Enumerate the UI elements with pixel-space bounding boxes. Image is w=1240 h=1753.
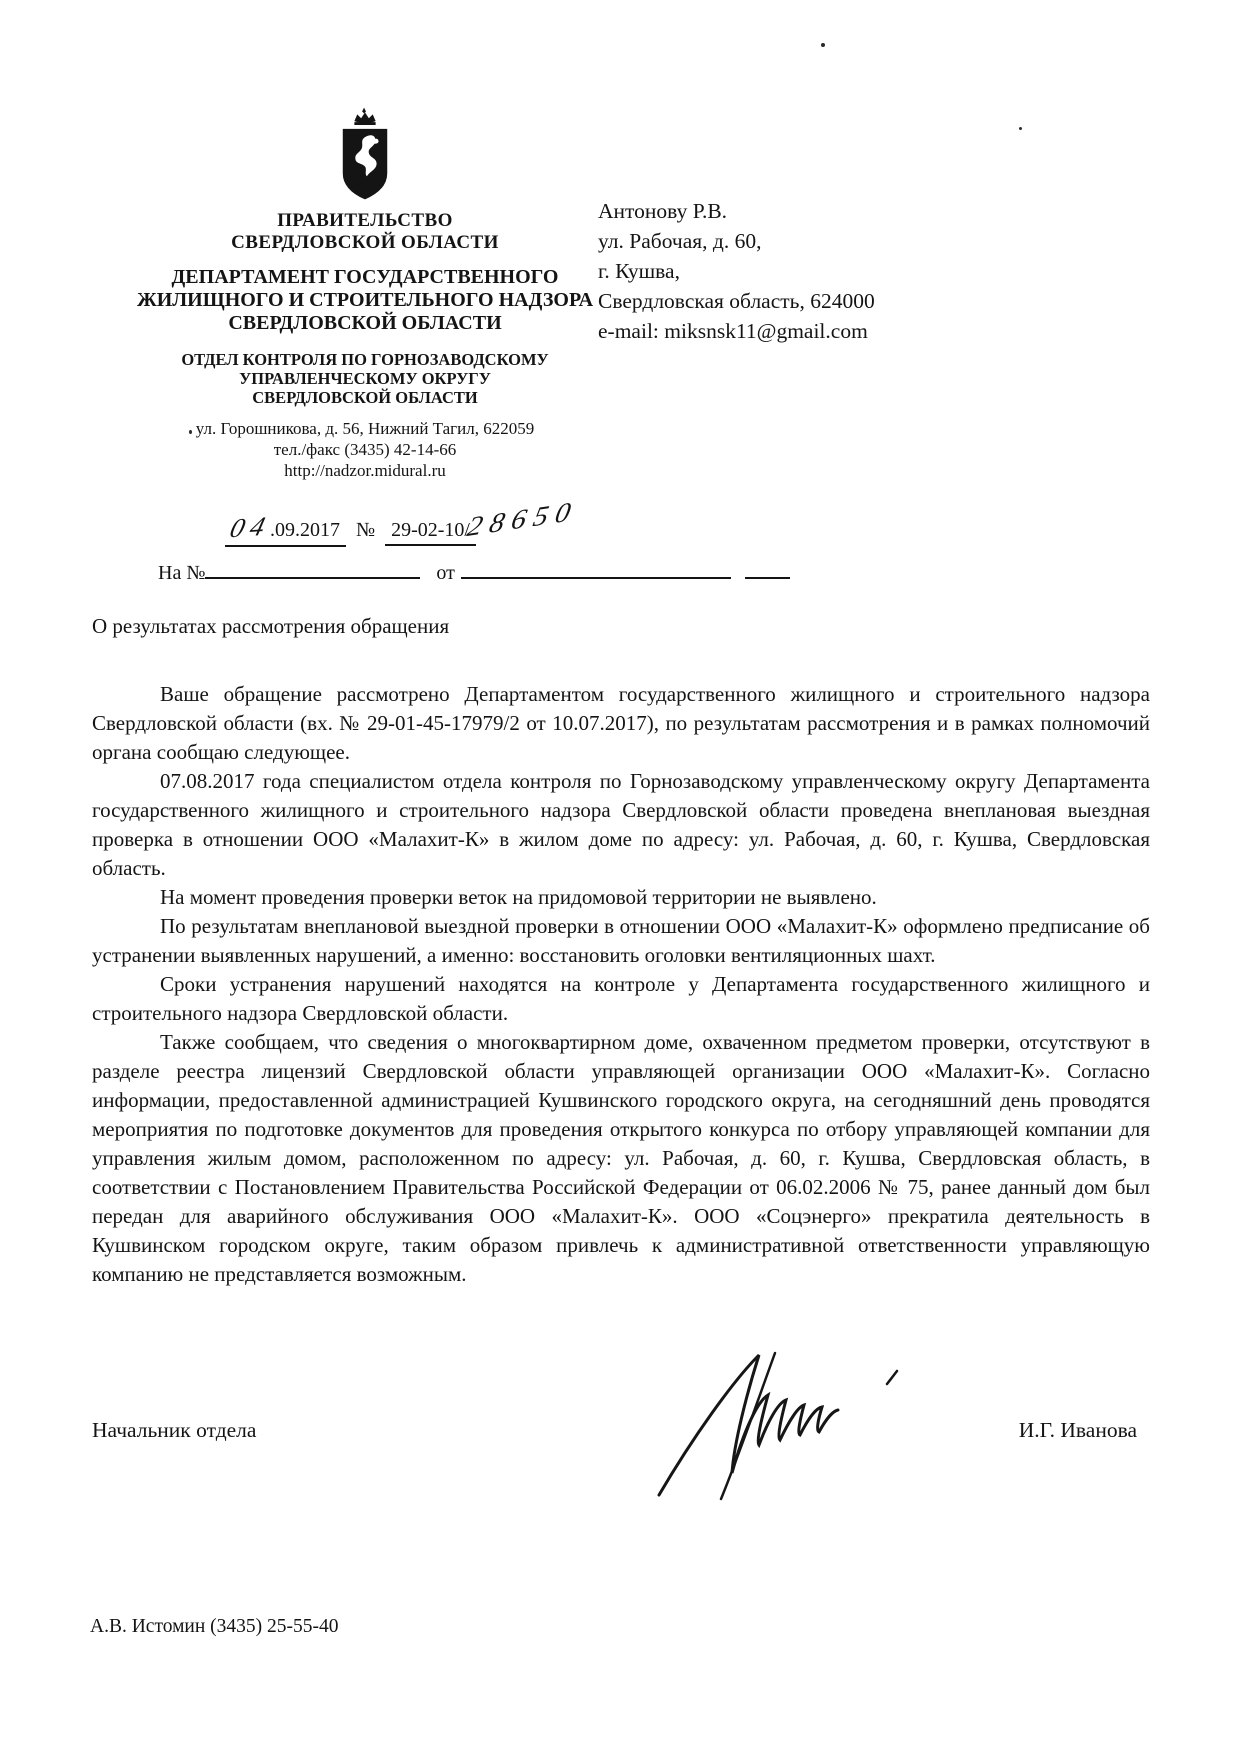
- scanned-letter-page: ПРАВИТЕЛЬСТВО СВЕРДЛОВСКОЙ ОБЛАСТИ ДЕПАР…: [0, 0, 1240, 1753]
- recipient-street: ул. Рабочая, д. 60,: [598, 226, 1058, 256]
- scan-speck: [1019, 127, 1022, 130]
- division-title: ОТДЕЛ КОНТРОЛЯ ПО ГОРНОЗАВОДСКОМУ УПРАВЛ…: [128, 350, 602, 407]
- paragraph: Сроки устранения нарушений находятся на …: [92, 970, 1150, 1028]
- outgoing-number-prefix: 29-02-10/: [385, 519, 476, 546]
- recipient-region: Свердловская область, 624000: [598, 286, 1058, 316]
- printed-date: .09.2017: [270, 519, 340, 541]
- ref-date-blank-2: [745, 560, 790, 579]
- recipient-city: г. Кушва,: [598, 256, 1058, 286]
- letterhead-phone: тел./факс (3435) 42-14-66: [128, 439, 602, 460]
- ref-from-label: от: [436, 562, 454, 584]
- department-title: ДЕПАРТАМЕНТ ГОСУДАРСТВЕННОГО ЖИЛИЩНОГО И…: [128, 266, 602, 335]
- executor-line: А.В. Истомин (3435) 25-55-40: [90, 1616, 339, 1638]
- outgoing-date: 04.09.2017: [225, 512, 346, 547]
- ref-date-blank: [461, 560, 731, 579]
- handwritten-day: 04: [227, 511, 275, 545]
- number-sign: №: [356, 519, 375, 541]
- recipient-name: Антонову Р.В.: [598, 196, 1058, 226]
- ref-label: На №: [158, 562, 205, 584]
- signoff-row: Начальник отдела И.Г. Иванова: [92, 1418, 1137, 1443]
- pen-tick-mark-icon: [884, 1368, 900, 1388]
- registration-line: 04.09.2017№29-02-10/28650: [225, 512, 575, 547]
- handwritten-number: 28650: [464, 496, 580, 544]
- paragraph: 07.08.2017 года специалистом отдела конт…: [92, 767, 1150, 883]
- ref-number-blank: [205, 560, 420, 579]
- scan-speck: [821, 43, 825, 47]
- handwritten-signature-icon: [645, 1345, 875, 1505]
- letter-body: Ваше обращение рассмотрено Департаментом…: [92, 680, 1150, 1289]
- signer-name: И.Г. Иванова: [1019, 1418, 1137, 1443]
- paragraph: Также сообщаем, что сведения о многоквар…: [92, 1028, 1150, 1289]
- subject-line: О результатах рассмотрения обращения: [92, 614, 449, 639]
- recipient-block: Антонову Р.В. ул. Рабочая, д. 60, г. Куш…: [598, 196, 1058, 346]
- scan-speck: [189, 430, 192, 434]
- letterhead: ПРАВИТЕЛЬСТВО СВЕРДЛОВСКОЙ ОБЛАСТИ ДЕПАР…: [128, 104, 602, 481]
- letterhead-website: http://nadzor.midural.ru: [128, 460, 602, 481]
- paragraph: Ваше обращение рассмотрено Департаментом…: [92, 680, 1150, 767]
- paragraph: По результатам внеплановой выездной пров…: [92, 912, 1150, 970]
- government-title: ПРАВИТЕЛЬСТВО СВЕРДЛОВСКОЙ ОБЛАСТИ: [128, 210, 602, 254]
- reference-line: На №от: [158, 560, 790, 585]
- signer-title: Начальник отдела: [92, 1418, 256, 1443]
- recipient-email: e-mail: miksnsk11@gmail.com: [598, 316, 1058, 346]
- letterhead-address: ул. Горошникова, д. 56, Нижний Тагил, 62…: [128, 418, 602, 439]
- coat-of-arms-icon: [336, 104, 394, 204]
- letterhead-contacts: ул. Горошникова, д. 56, Нижний Тагил, 62…: [128, 418, 602, 481]
- paragraph: На момент проведения проверки веток на п…: [92, 883, 1150, 912]
